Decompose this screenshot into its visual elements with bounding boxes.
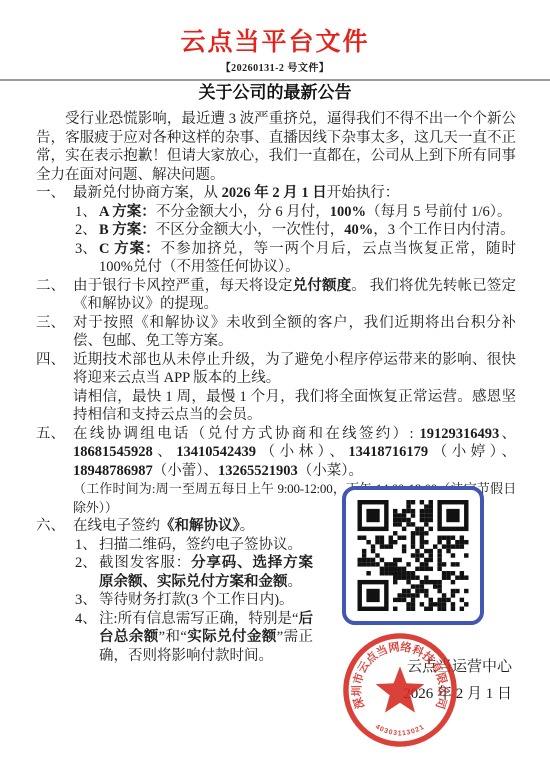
plan-b-item: 2、 B 方案：不区分金额大小，一次性付，40%，3 个工作日内付清。 [75,221,516,240]
step-wait-item: 3、 等待财务打款(3 个工作日内)。 [75,591,313,610]
section-5-number: 五、 [36,425,73,518]
header-divider [0,79,550,81]
step-note-text: 注:所有信息需写正确，特别是“后台总余额”和“实际兑付金额”需正确，否则将影响付… [99,610,313,666]
plan-a-item: 1、 A 方案：不分金额大小，分 6 月付，100%（每月 5 号前付 1/6）… [75,203,516,222]
step-note-number: 4、 [75,610,99,666]
platform-title: 云点当平台文件 [0,0,550,55]
section-2-number: 二、 [36,277,73,314]
section-4-paragraph-2: 请相信，最快 1 周，最慢 1 个月，我们将全面恢复正常运营。感恩坚持相信和支持… [73,388,516,425]
section-4: 四、 近期技术部也从未停止升级，为了避免小程序停运带来的影响、很快将迎来云点当 … [36,351,516,425]
section-3: 三、 对于按照《和解协议》未收到全额的客户，我们近期将出台积分补偿、包邮、免工等… [36,314,516,351]
qr-code [356,500,470,611]
section-1-heading: 最新兑付协商方案，从 2026 年 2 月 1 日开始执行： [73,184,516,203]
step-wait-number: 3、 [75,591,99,610]
section-1-number: 一、 [36,184,73,277]
plan-a-text: A 方案：不分金额大小，分 6 月付，100%（每月 5 号前付 1/6）。 [99,203,516,222]
section-6-number: 六、 [36,517,73,665]
step-screenshot-text: 截图发客服：分享码、选择方案原余额、实际兑付方案和金额。 [99,554,313,591]
section-2-text: 由于银行卡风控严重，每天将设定兑付额度。 我们将优先转帐已签定《和解协议》的提现… [73,277,516,314]
step-screenshot-number: 2、 [75,554,99,591]
step-scan-number: 1、 [75,536,99,555]
seal-star-icon [376,666,425,712]
section-4-number: 四、 [36,351,73,425]
section-2: 二、 由于银行卡风控严重，每天将设定兑付额度。 我们将优先转帐已签定《和解协议》… [36,277,516,314]
step-wait-text: 等待财务打款(3 个工作日内)。 [99,591,313,610]
intro-paragraph: 受行业恐慌影响，最近遭 3 波严重挤兑，逼得我们不得不出一个个新公告，客服疲于应… [36,110,516,184]
plan-c-text: C 方案：不参加挤兑，等一两个月后，云点当恢复正常，随时 100%兑付（不用签任… [99,240,516,277]
plan-b-text: B 方案：不区分金额大小，一次性付，40%，3 个工作日内付清。 [99,221,516,240]
plan-c-number: 3、 [75,240,99,277]
step-screenshot-item: 2、 截图发客服：分享码、选择方案原余额、实际兑付方案和金额。 [75,554,313,591]
announcement-title: 关于公司的最新公告 [0,83,550,103]
section-3-number: 三、 [36,314,73,351]
section-1: 一、 最新兑付协商方案，从 2026 年 2 月 1 日开始执行： 1、 A 方… [36,184,516,277]
section-4-paragraph-1: 近期技术部也从未停止升级，为了避免小程序停运带来的影响、很快将迎来云点当 APP… [73,351,516,388]
step-note-item: 4、 注:所有信息需写正确，特别是“后台总余额”和“实际兑付金额”需正确，否则将… [75,610,313,666]
plan-a-number: 1、 [75,203,99,222]
step-scan-text: 扫描二维码，签约电子签协议。 [99,536,313,555]
plan-c-item: 3、 C 方案：不参加挤兑，等一两个月后，云点当恢复正常，随时 100%兑付（不… [75,240,516,277]
qr-code-frame [342,486,484,625]
step-scan-item: 1、 扫描二维码，签约电子签协议。 [75,536,313,555]
section-3-text: 对于按照《和解协议》未收到全额的客户，我们近期将出台积分补偿、包邮、免工等方案。 [73,314,516,351]
company-seal-stamp: 深圳市云点当网络科技有限公司 4403031130212 [341,631,459,749]
document-page: 云点当平台文件 【20260131-2 号文件】 关于公司的最新公告 受行业恐慌… [0,0,550,779]
document-number: 【20260131-2 号文件】 [0,59,550,74]
plan-b-number: 2、 [75,221,99,240]
hotline-phones: 在线协调组电话（兑付方式协商和在线签约）: 19129316493、186815… [73,425,516,481]
signing-steps: 1、 扫描二维码，签约电子签协议。 2、 截图发客服：分享码、选择方案原余额、实… [73,536,313,666]
